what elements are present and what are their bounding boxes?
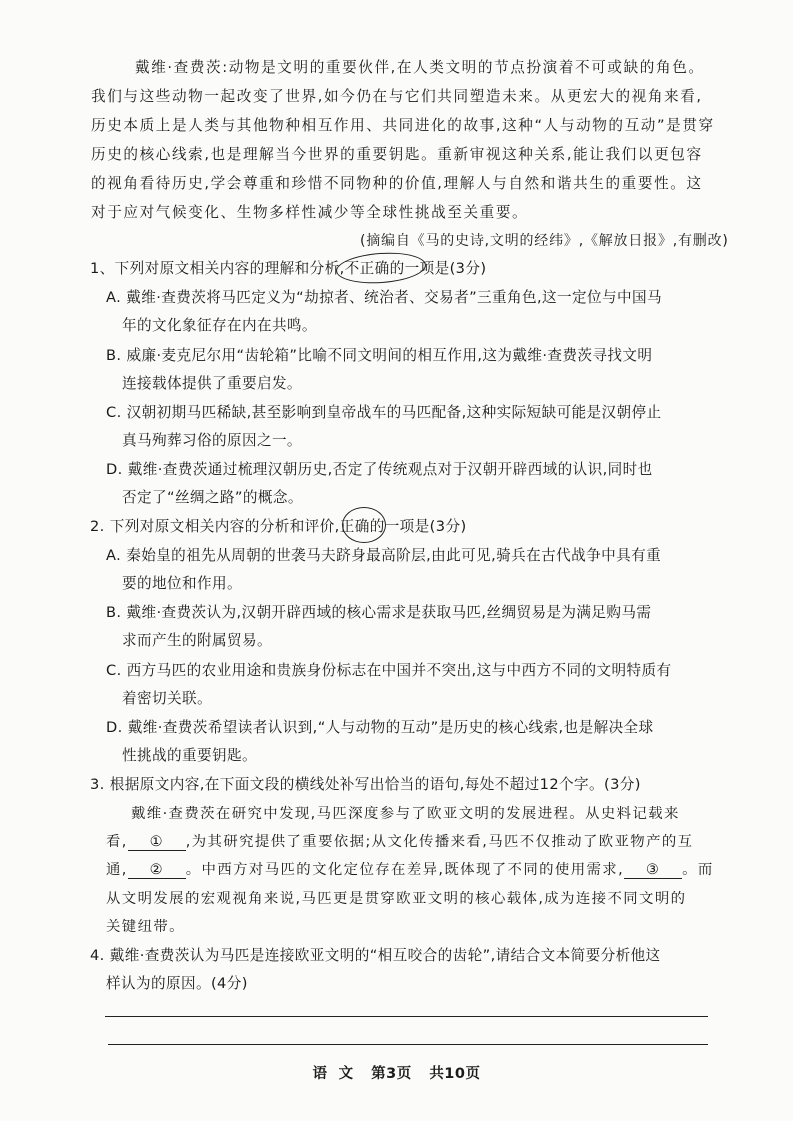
passage-line: 戴维·查费茨:动物是文明的重要伙伴,在人类文明的节点扮演着不可或缺的角色。 (135, 58, 705, 78)
answer-line-1[interactable] (105, 1016, 708, 1017)
q3-line: 看,①,为其研究提供了重要依据;从文化传播来看,马匹不仅推动了欧亚物产的互 (106, 832, 693, 852)
question-stem: 3. 根据原文内容,在下面文段的横线处补写出恰当的语句,每处不超过12个字。(3… (90, 775, 641, 795)
footer-total-pages: 共10页 (429, 1066, 480, 1082)
passage-line: 对于应对气候变化、生物多样性减少等全球性挑战至关重要。 (91, 203, 528, 223)
passage-line: 历史的核心线索,也是理解当今世界的重要钥匙。重新审视这种关系,能让我们以更包容 (91, 145, 703, 165)
option-d-line: 性挑战的重要钥匙。 (122, 746, 257, 766)
option-a-line: A. 秦始皇的祖先从周朝的世袭马夫跻身最高阶层,由此可见,骑兵在古代战争中具有重 (106, 546, 661, 566)
option-c-line: 真马殉葬习俗的原因之一。 (122, 431, 302, 451)
option-b-line: 求而产生的附属贸易。 (122, 631, 272, 651)
question-stem: 1、下列对原文相关内容的理解和分析,不正确的一项是(3分) (90, 259, 486, 279)
question-stem: 2. 下列对原文相关内容的分析和评价,正确的一项是(3分) (90, 517, 467, 537)
fill-blank-2[interactable]: ② (128, 862, 186, 879)
exam-page: 戴维·查费茨:动物是文明的重要伙伴,在人类文明的节点扮演着不可或缺的角色。 我们… (0, 0, 793, 1121)
footer-subject: 语 文 (312, 1066, 353, 1082)
fill-blank-3[interactable]: ③ (624, 862, 682, 879)
option-b-line: B. 威廉·麦克尼尔用“齿轮箱”比喻不同文明间的相互作用,这为戴维·查费茨寻找文… (106, 346, 652, 366)
passage-line: 我们与这些动物一起改变了世界,如今仍在与它们共同塑造未来。从更宏大的视角来看, (91, 87, 703, 107)
q3-text: 通, (106, 862, 128, 878)
q3-text: ,为其研究提供了重要依据;从文化传播来看,马匹不仅推动了欧亚物产的互 (186, 834, 694, 850)
footer-page-number: 第3页 (371, 1066, 412, 1082)
option-a-line: 要的地位和作用。 (122, 574, 242, 594)
option-d-line: D. 戴维·查费茨希望读者认识到,“人与动物的互动”是历史的核心线索,也是解决全… (106, 718, 654, 738)
passage-line: 历史本质上是人类与其他物种相互作用、共同进化的故事,这种“人与动物的互动”是贯穿 (91, 116, 715, 136)
q3-line: 从文明发展的宏观视角来说,马匹更是贯穿欧亚文明的核心载体,成为连接不同文明的 (106, 889, 686, 909)
question-stem: 样认为的原因。(4分) (106, 974, 248, 994)
option-b-line: B. 戴维·查费茨认为,汉朝开辟西域的核心需求是获取马匹,丝绸贸易是为满足购马需 (106, 603, 651, 623)
page-footer: 语 文 第3页 共10页 (0, 1062, 793, 1083)
fill-blank-1[interactable]: ① (128, 834, 186, 851)
source-citation: (摘编自《马的史诗,文明的经纬》,《解放日报》,有删改) (360, 231, 729, 251)
q3-line: 戴维·查费茨在研究中发现,马匹深度参与了欧亚文明的发展进程。从史料记载来 (131, 804, 680, 824)
option-c-line: C. 汉朝初期马匹稀缺,甚至影响到皇帝战车的马匹配备,这种实际短缺可能是汉朝停止 (106, 403, 662, 423)
option-a-line: 年的文化象征存在内在共鸣。 (122, 316, 317, 336)
q3-text: 。中西方对马匹的文化定位存在差异,既体现了不同的使用需求, (186, 862, 624, 878)
option-d-line: 否定了“丝绸之路”的概念。 (122, 488, 303, 508)
q3-text: 看, (106, 834, 128, 850)
option-c-line: C. 西方马匹的农业用途和贵族身份标志在中国并不突出,这与中西方不同的文明特质有 (106, 661, 672, 681)
option-c-line: 着密切关联。 (122, 689, 212, 709)
question-stem: 4. 戴维·查费茨认为马匹是连接欧亚文明的“相互咬合的齿轮”,请结合文本简要分析… (90, 946, 661, 966)
option-b-line: 连接载体提供了重要启发。 (122, 374, 302, 394)
option-d-line: D. 戴维·查费茨通过梳理汉朝历史,否定了传统观点对于汉朝开辟西域的认识,同时也 (106, 460, 653, 480)
q3-line: 通,②。中西方对马匹的文化定位存在差异,既体现了不同的使用需求,③。而 (106, 860, 714, 880)
q3-line: 关键纽带。 (106, 917, 185, 937)
answer-line-2[interactable] (108, 1044, 708, 1045)
q3-text: 。而 (682, 862, 714, 878)
option-a-line: A. 戴维·查费茨将马匹定义为“劫掠者、统治者、交易者”三重角色,这一定位与中国… (106, 288, 662, 308)
passage-line: 的视角看待历史,学会尊重和珍惜不同物种的价值,理解人与自然和谐共生的重要性。这 (91, 174, 703, 194)
